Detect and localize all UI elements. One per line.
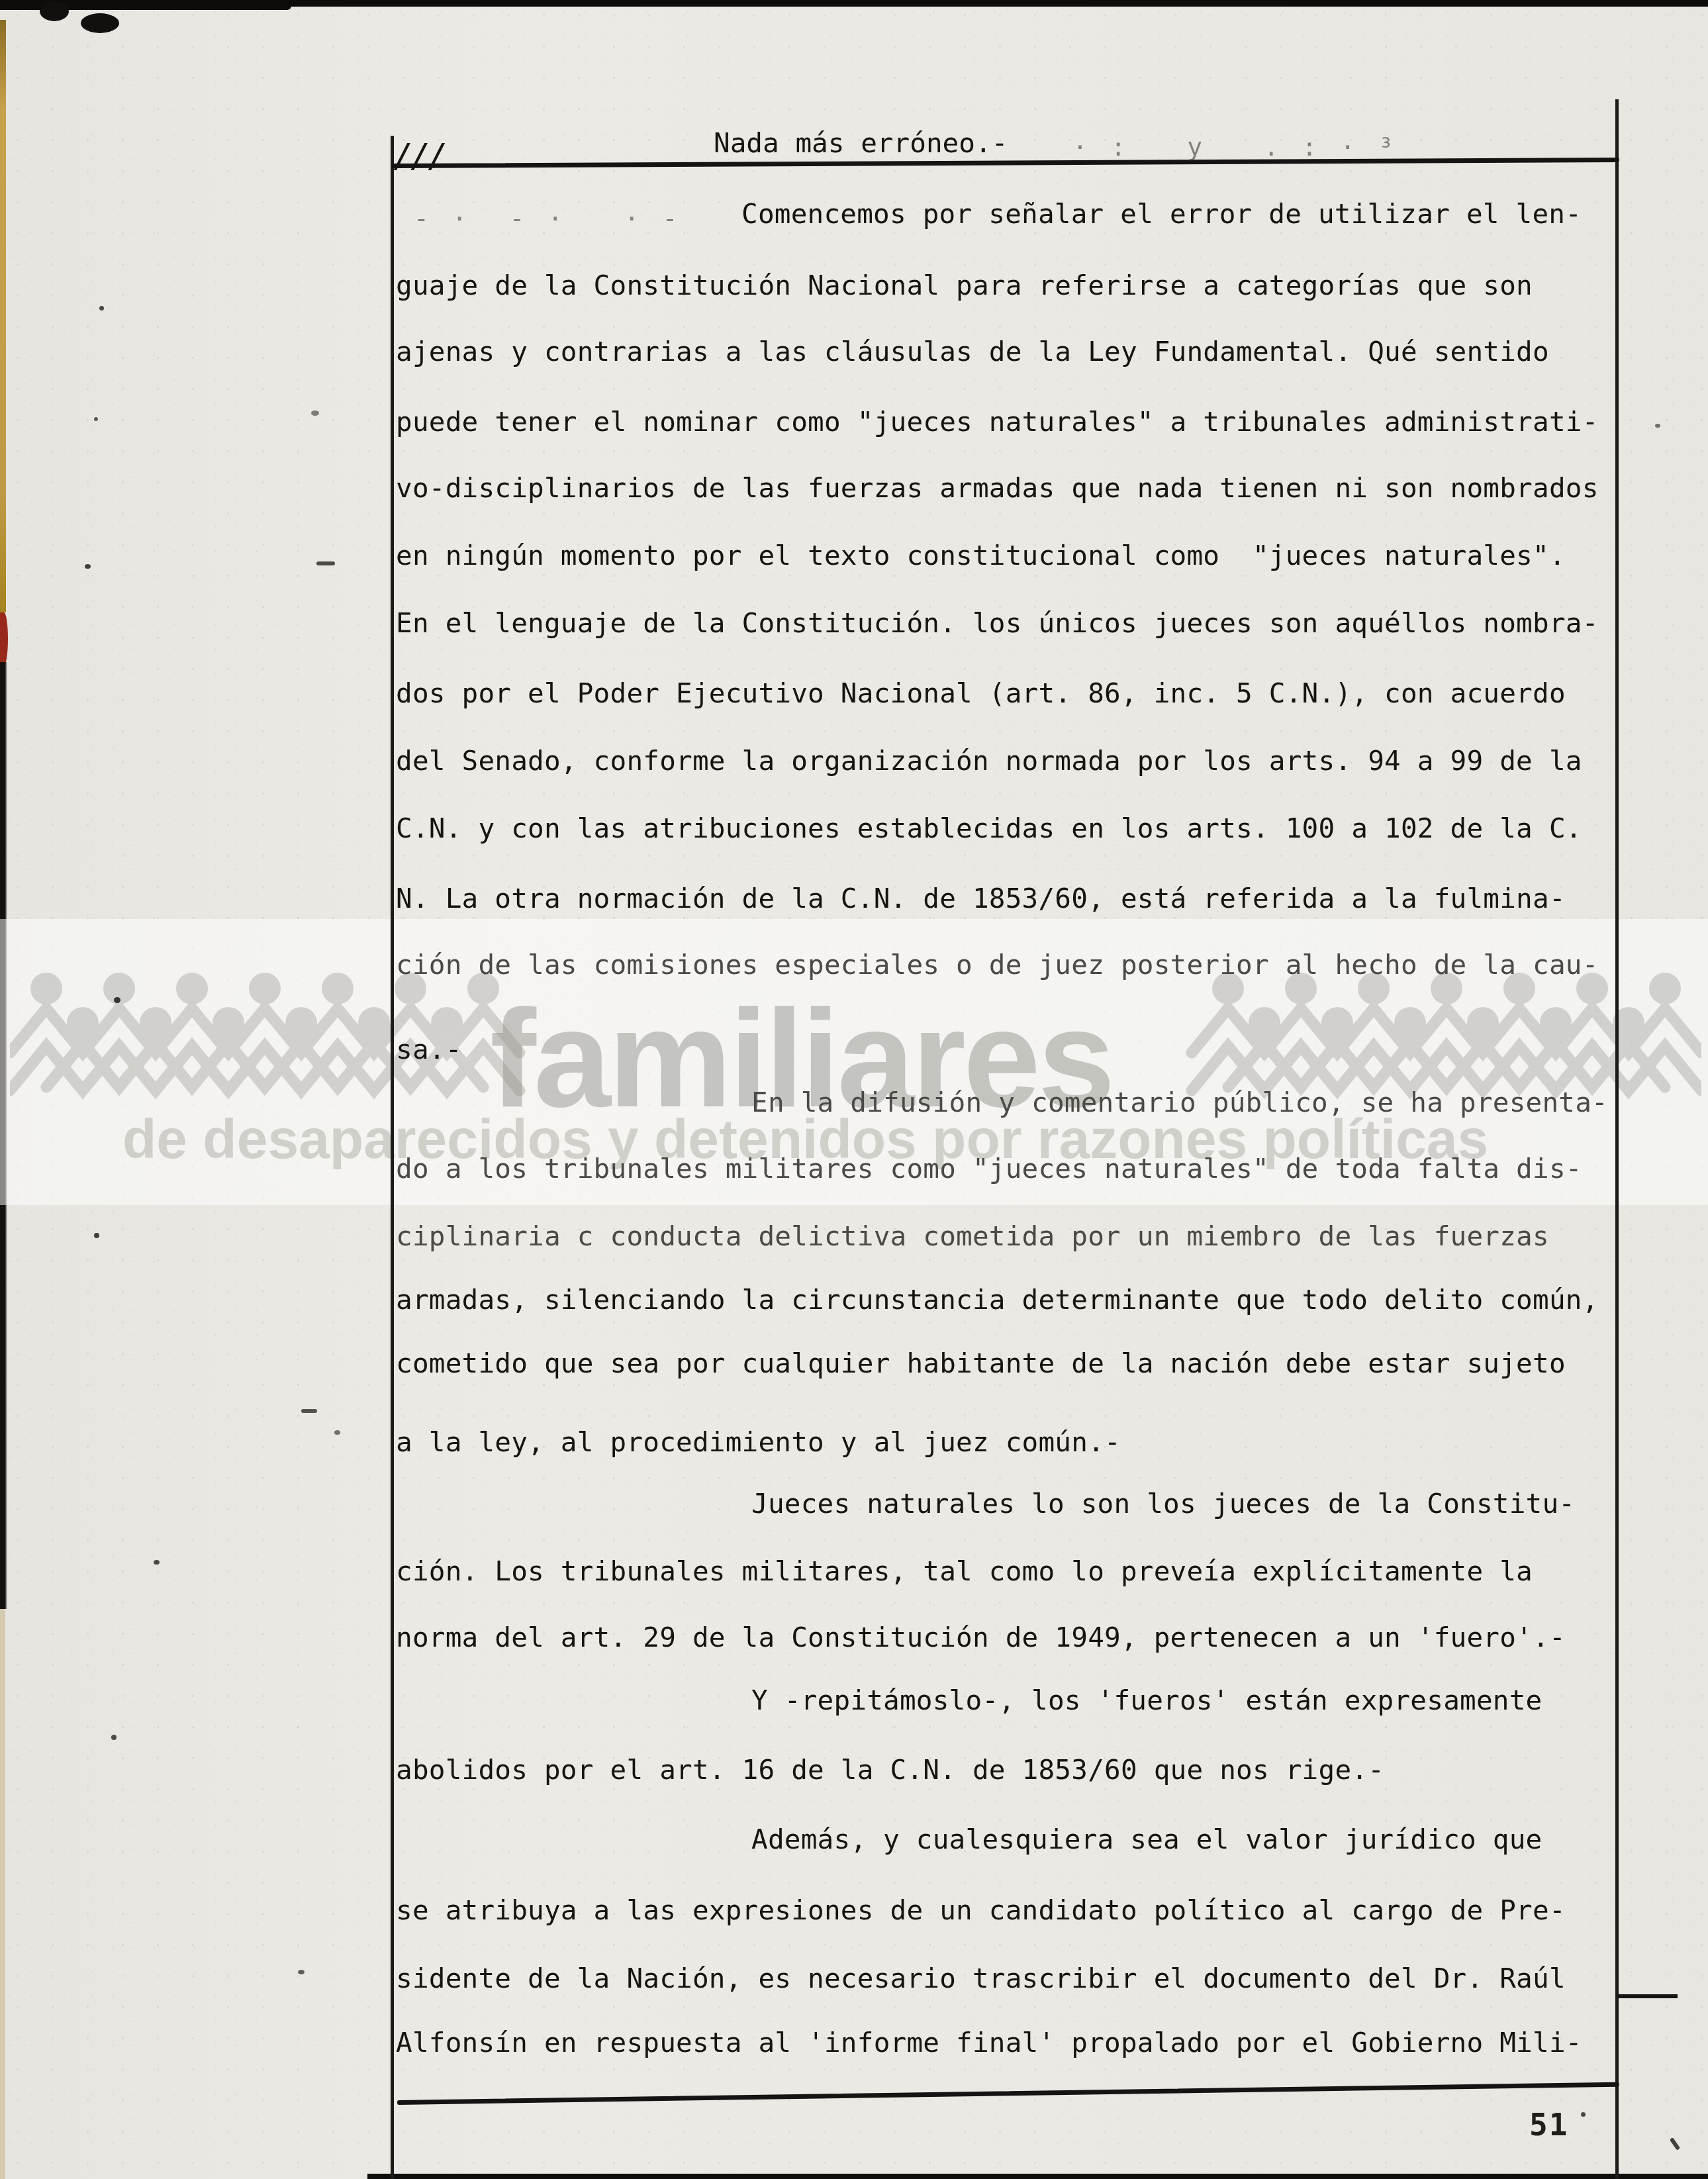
- speck: [85, 564, 91, 569]
- footer-rule: [397, 2082, 1619, 2105]
- film-left-edge-tail: [0, 1609, 5, 2179]
- text-line: Comencemos por señalar el error de utili…: [741, 199, 1582, 229]
- text-line: se atribuya a las expresiones de un cand…: [396, 1895, 1566, 1925]
- film-blob: [81, 13, 119, 33]
- text-line: vo-disciplinarios de las fuerzas armadas…: [396, 473, 1599, 503]
- heading-underline: [392, 158, 1619, 168]
- speck: [1670, 2137, 1680, 2151]
- text-line: Alfonsín en respuesta al 'informe final'…: [396, 2027, 1582, 2058]
- film-left-edge-red: [0, 612, 8, 665]
- text-line: En el lenguaje de la Constitución. los ú…: [396, 608, 1599, 638]
- text-line: a la ley, al procedimiento y al juez com…: [396, 1427, 1121, 1457]
- text-line: ción de las comisiones especiales o de j…: [396, 949, 1599, 980]
- film-blob: [40, 1, 69, 21]
- text-line: En la difusión y comentario público, se …: [751, 1087, 1608, 1118]
- film-bottom-strip: [367, 2174, 1708, 2179]
- text-line: abolidos por el art. 16 de la C.N. de 18…: [396, 1755, 1384, 1785]
- speck: [1655, 424, 1660, 428]
- speck: [94, 417, 98, 421]
- page-heading: Nada más erróneo.-: [714, 127, 1008, 159]
- text-line: dos por el Poder Ejecutivo Nacional (art…: [396, 678, 1566, 708]
- text-line: sidente de la Nación, es necesario trasc…: [396, 1963, 1566, 1994]
- text-line: ciplinaria c conducta delictiva cometida…: [396, 1221, 1549, 1251]
- page-number: 51: [1529, 2107, 1568, 2143]
- speck: [316, 561, 335, 565]
- right-margin-line: [1615, 99, 1619, 2179]
- speck: [114, 997, 120, 1003]
- speck: [94, 1233, 99, 1238]
- text-line: ción. Los tribunales militares, tal como…: [396, 1556, 1533, 1586]
- margin-marker-slashes: ///: [393, 136, 445, 175]
- text-line: armadas, silenciando la circunstancia de…: [396, 1284, 1599, 1315]
- text-line: sa.-: [396, 1034, 462, 1065]
- right-margin-tick: [1618, 1994, 1678, 1998]
- speck: [334, 1430, 340, 1435]
- scanned-document-page: familiares de desaparecidos y detenidos …: [0, 0, 1708, 2179]
- text-line: Además, y cualesquiera sea el valor jurí…: [751, 1824, 1542, 1855]
- text-line: norma del art. 29 de la Constitución de …: [396, 1622, 1566, 1653]
- text-line: N. La otra normación de la C.N. de 1853/…: [396, 883, 1566, 914]
- text-line: cometido que sea por cualquier habitante…: [396, 1348, 1566, 1379]
- scan-noise-marks: · : y . : · ³: [1072, 132, 1398, 162]
- speck: [154, 1560, 160, 1565]
- speck: [111, 1735, 117, 1740]
- speck: [1581, 2112, 1586, 2117]
- text-line: C.N. y con las atribuciones establecidas…: [396, 813, 1582, 844]
- text-line: Y -repitámoslo-, los 'fueros' están expr…: [751, 1685, 1542, 1716]
- text-line: del Senado, conforme la organización nor…: [396, 746, 1582, 776]
- text-line: ajenas y contrarias a las cláusulas de l…: [396, 336, 1549, 367]
- speck: [311, 411, 319, 416]
- text-line: do a los tribunales militares como "juec…: [396, 1153, 1582, 1184]
- left-margin-line: [391, 136, 394, 2179]
- text-line: en ningún momento por el texto constituc…: [396, 540, 1566, 571]
- text-line: puede tener el nominar como "jueces natu…: [396, 407, 1599, 437]
- text-line: Jueces naturales lo son los jueces de la…: [751, 1488, 1575, 1519]
- speck: [301, 1409, 317, 1413]
- text-line: guaje de la Constitución Nacional para r…: [396, 270, 1533, 301]
- speck: [99, 306, 104, 311]
- speck: [298, 1970, 305, 1974]
- scan-noise-marks: - · - · · -: [414, 204, 681, 233]
- film-left-edge: [0, 20, 6, 612]
